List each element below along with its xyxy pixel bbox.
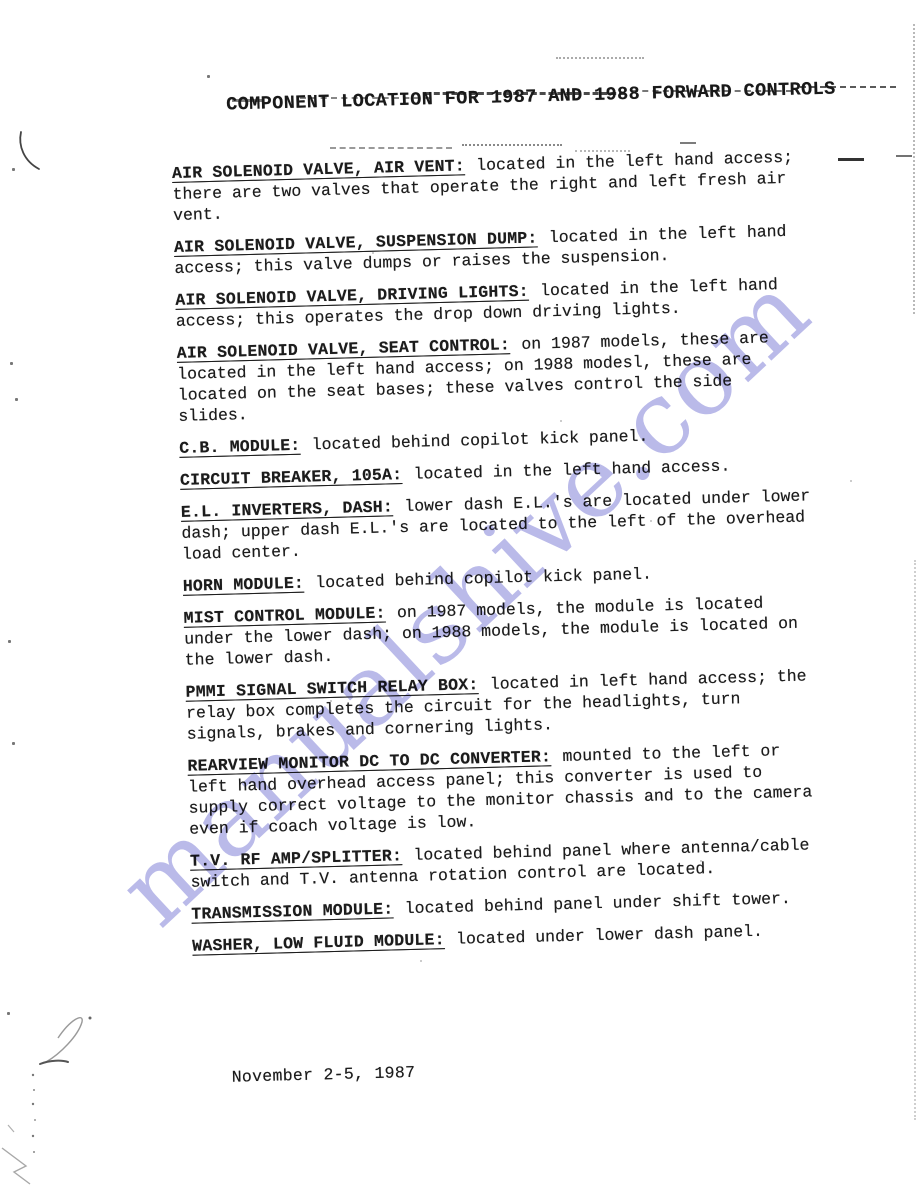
entry-horn-module: HORN MODULE:located behind copilot kick …: [183, 559, 813, 596]
pencil-squiggle-marks: [0, 1000, 130, 1188]
scanned-document-page: COMPONENT LOCATION FOR 1987 AND 1988 FOR…: [170, 78, 896, 1088]
entry-suspension-dump: AIR SOLENOID VALVE, SUSPENSION DUMP:loca…: [174, 220, 805, 278]
scan-edge-dots: [913, 24, 915, 314]
entry-seat-control: AIR SOLENOID VALVE, SEAT CONTROL:on 1987…: [176, 326, 808, 426]
entry-term: TRANSMISSION MODULE:: [191, 899, 393, 923]
entry-term: WASHER, LOW FLUID MODULE:: [192, 930, 445, 956]
entry-description: located behind panel under shift tower.: [405, 889, 792, 918]
page-title: COMPONENT LOCATION FOR 1987 AND 1988 FOR…: [226, 78, 870, 116]
scan-noise-dash: [896, 155, 912, 157]
entry-term: HORN MODULE:: [183, 574, 305, 596]
entry-description: located behind copilot kick panel.: [315, 565, 652, 593]
entry-transmission-module: TRANSMISSION MODULE:located behind panel…: [191, 887, 821, 924]
entry-description: located in left hand access; the relay b…: [186, 667, 807, 744]
entry-term: C.B. MODULE:: [179, 436, 301, 458]
pen-curve-mark: [16, 130, 44, 174]
entry-pmmi-relay-box: PMMI SIGNAL SWITCH RELAY BOX:located in …: [185, 665, 816, 744]
entry-term: CIRCUIT BREAKER, 105A:: [180, 465, 403, 490]
revision-date: November 2-5, 1987: [231, 1050, 895, 1086]
entry-rearview-converter: REARVIEW MONITOR DC TO DC CONVERTER:moun…: [187, 739, 819, 839]
entry-washer-low-fluid: WASHER, LOW FLUID MODULE:located under l…: [192, 919, 822, 956]
entry-driving-lights: AIR SOLENOID VALVE, DRIVING LIGHTS:locat…: [175, 273, 806, 331]
entry-circuit-breaker: CIRCUIT BREAKER, 105A:located in the lef…: [180, 453, 810, 490]
entry-description: located in the left hand access; there a…: [172, 148, 793, 225]
entry-description: lower dash E.L.'s are located under lowe…: [181, 486, 810, 563]
scan-edge-dots: [914, 560, 916, 1120]
entry-description: located under lower dash panel.: [456, 922, 763, 949]
scan-speck: [8, 640, 11, 643]
entry-el-inverters: E.L. INVERTERS, DASH:lower dash E.L.'s a…: [181, 485, 812, 564]
entry-term: MIST CONTROL MODULE:: [183, 604, 385, 628]
entry-tv-rf-amp: T.V. RF AMP/SPLITTER:located behind pane…: [190, 834, 821, 892]
scan-speck: [7, 1012, 10, 1015]
scan-speck: [12, 742, 15, 745]
entry-air-vent: AIR SOLENOID VALVE, AIR VENT:located in …: [172, 146, 803, 225]
entry-description: located behind copilot kick panel.: [312, 427, 649, 455]
scan-noise-dots: [556, 57, 644, 59]
entry-description: on 1987 models, the module is located un…: [184, 594, 798, 670]
entry-mist-control-module: MIST CONTROL MODULE:on 1987 models, the …: [183, 591, 814, 670]
component-location-list: AIR SOLENOID VALVE, AIR VENT:located in …: [172, 146, 822, 956]
scan-speck: [10, 362, 13, 365]
scan-speck: [15, 398, 18, 401]
entry-cb-module: C.B. MODULE:located behind copilot kick …: [179, 421, 809, 458]
scan-speck: [12, 168, 15, 171]
scan-speck: [207, 75, 210, 78]
entry-description: located in the left hand access.: [413, 456, 730, 483]
